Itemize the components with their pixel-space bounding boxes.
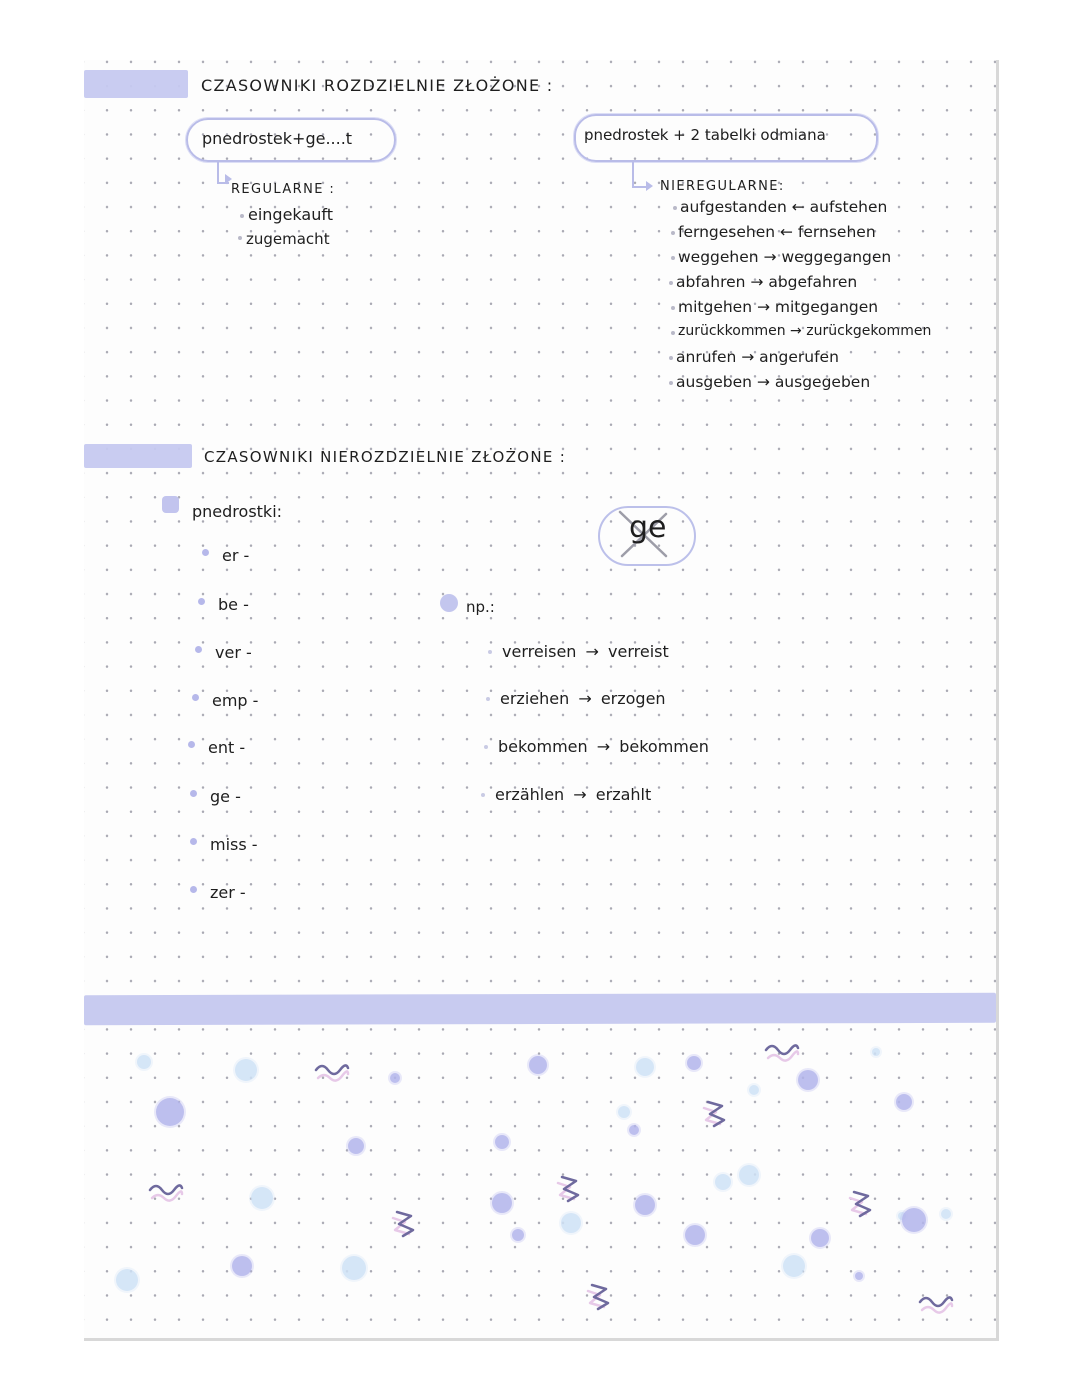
- irregular-verb-pair: anrufen → angerufen: [676, 348, 839, 366]
- decorative-squiggle-icon: [764, 1040, 800, 1070]
- example-pair: erzählen → erzahlt: [495, 785, 651, 804]
- decorative-bubble-icon: [495, 1135, 509, 1149]
- example-pair: bekommen → bekommen: [498, 737, 709, 756]
- irregular-verb-pair: zurückkommen → zurückgekommen: [678, 323, 931, 339]
- irregular-verb-pair: aufgestanden ← aufstehen: [680, 198, 887, 216]
- prefix-item: be -: [218, 595, 249, 614]
- prefix-item: ent -: [208, 738, 245, 757]
- regular-item: zugemacht: [246, 230, 330, 248]
- decorative-squiggle-icon: [554, 1175, 590, 1205]
- ge-crossed-text: ge: [629, 510, 667, 545]
- decorative-bubble-icon: [492, 1193, 512, 1213]
- bullet-icon: [671, 306, 675, 310]
- decorative-bubble-icon: [941, 1209, 951, 1219]
- decorative-bubble-icon: [811, 1229, 829, 1247]
- decorative-bubble-icon: [618, 1106, 630, 1118]
- decorative-bubble-icon: [156, 1098, 184, 1126]
- decorative-bubble-icon: [235, 1059, 257, 1081]
- prefixes-label: pnedrostki:: [192, 502, 282, 521]
- bullet-icon: [190, 838, 197, 845]
- bullet-icon: [671, 256, 675, 260]
- decorative-bubble-icon: [512, 1229, 524, 1241]
- decorative-bubble-icon: [390, 1073, 400, 1083]
- examples-label: np.:: [466, 598, 495, 616]
- formula-irregular: pnedrostek + 2 tabelki odmiana: [584, 126, 826, 144]
- decorative-bubble-icon: [902, 1208, 926, 1232]
- bullet-icon: [188, 741, 195, 748]
- irregular-verb-pair: abfahren → abgefahren: [676, 273, 857, 291]
- prefixes-marker-icon: [162, 496, 179, 513]
- bullet-icon: [488, 650, 492, 654]
- decorative-bubble-icon: [232, 1256, 252, 1276]
- decorative-bubble-icon: [348, 1138, 364, 1154]
- example-pair: verreisen → verreist: [502, 642, 669, 661]
- section1-highlight-marker: [84, 70, 188, 98]
- decorative-bubble-icon: [739, 1165, 759, 1185]
- bullet-icon: [202, 549, 209, 556]
- decorative-bubble-icon: [529, 1056, 547, 1074]
- example-pair: erziehen → erzogen: [500, 689, 666, 708]
- bullet-icon: [195, 646, 202, 653]
- footer-highlight-band: [84, 993, 996, 1025]
- decorative-squiggle-icon: [918, 1292, 954, 1322]
- decorative-bubble-icon: [783, 1255, 805, 1277]
- bullet-icon: [669, 356, 673, 360]
- bullet-icon: [669, 381, 673, 385]
- bullet-icon: [190, 790, 197, 797]
- decorative-bubble-icon: [749, 1085, 759, 1095]
- decorative-bubble-icon: [116, 1269, 138, 1291]
- bullet-icon: [190, 886, 197, 893]
- bullet-icon: [673, 206, 677, 210]
- irregular-verb-pair: ausgeben → ausgegeben: [676, 373, 870, 391]
- decorative-squiggle-icon: [314, 1060, 350, 1090]
- decorative-bubble-icon: [635, 1195, 655, 1215]
- label-irregular: NIEREGULARNE:: [660, 179, 785, 194]
- decorative-squiggle-icon: [700, 1100, 736, 1130]
- bullet-icon: [238, 236, 242, 240]
- formula-regular: pnedrostek+ge....t: [202, 129, 352, 148]
- bullet-icon: [484, 745, 488, 749]
- decorative-bubble-icon: [687, 1056, 701, 1070]
- decorative-bubble-icon: [798, 1070, 818, 1090]
- bullet-icon: [192, 694, 199, 701]
- decorative-squiggle-icon: [389, 1210, 425, 1240]
- label-regular: REGULARNE :: [231, 182, 335, 197]
- section2-title: CZASOWNIKI NIEROZDZIELNIE ZŁOŻONE :: [204, 448, 566, 466]
- bullet-icon: [198, 598, 205, 605]
- bullet-icon: [486, 697, 490, 701]
- bullet-icon: [671, 231, 675, 235]
- decorative-squiggle-icon: [846, 1190, 882, 1220]
- decorative-bubble-icon: [342, 1256, 366, 1280]
- decorative-bubble-icon: [251, 1187, 273, 1209]
- bullet-icon: [669, 281, 673, 285]
- regular-item: eingekauft: [248, 205, 333, 224]
- decorative-bubble-icon: [855, 1272, 863, 1280]
- arrow-head-icon: [646, 181, 653, 191]
- section1-title: CZASOWNIKI ROZDZIELNIE ZŁOŻONE :: [201, 76, 553, 95]
- prefix-item: zer -: [210, 883, 246, 902]
- prefix-item: er -: [222, 546, 249, 565]
- decorative-squiggle-icon: [148, 1180, 184, 1210]
- decorative-bubble-icon: [896, 1094, 912, 1110]
- prefix-item: ver -: [215, 643, 252, 662]
- examples-marker-icon: [440, 594, 458, 612]
- irregular-verb-pair: weggehen → weggegangen: [678, 248, 891, 266]
- decorative-bubble-icon: [872, 1048, 880, 1056]
- irregular-verb-pair: mitgehen → mitgegangen: [678, 298, 878, 316]
- decorative-bubble-icon: [685, 1225, 705, 1245]
- decorative-bubble-icon: [137, 1055, 151, 1069]
- prefix-item: emp -: [212, 691, 258, 710]
- bullet-icon: [481, 793, 485, 797]
- dotted-notebook-page: CZASOWNIKI ROZDZIELNIE ZŁOŻONE : pnedros…: [84, 60, 999, 1341]
- decorative-bubble-icon: [629, 1125, 639, 1135]
- decorative-bubble-icon: [715, 1174, 731, 1190]
- decorative-squiggle-icon: [584, 1283, 620, 1313]
- decorative-bubble-icon: [561, 1213, 581, 1233]
- irregular-verb-pair: ferngesehen ← fernsehen: [678, 223, 876, 241]
- section2-highlight-marker: [84, 444, 192, 468]
- decorative-bubble-icon: [636, 1058, 654, 1076]
- prefix-item: ge -: [210, 787, 241, 806]
- bullet-icon: [671, 331, 675, 335]
- prefix-item: miss -: [210, 835, 258, 854]
- bullet-icon: [240, 214, 244, 218]
